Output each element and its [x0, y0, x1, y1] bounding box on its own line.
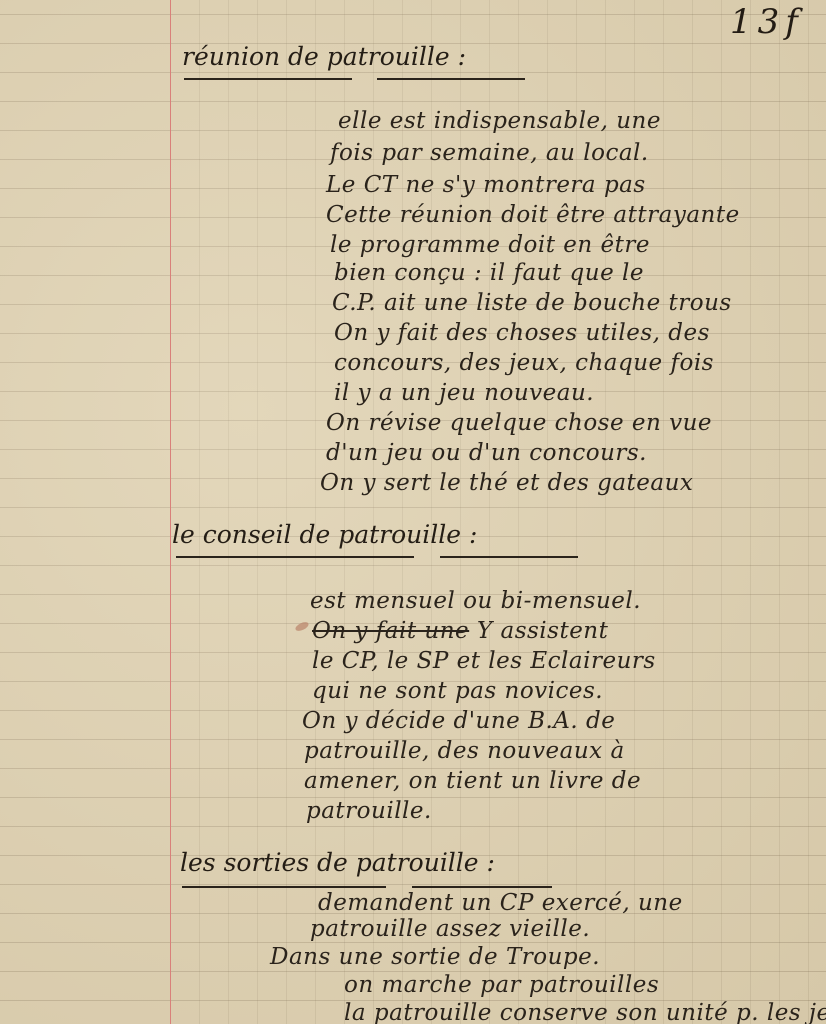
text-line: d'un jeu ou d'un concours.: [326, 440, 647, 466]
text-line: Dans une sortie de Troupe.: [270, 944, 600, 970]
heading-text: réunion de patrouille :: [182, 42, 466, 71]
text-line: est mensuel ou bi-mensuel.: [310, 588, 641, 614]
page-left-margin-area: [0, 0, 170, 1024]
text-line: le CP, le SP et les Eclaireurs: [312, 648, 656, 674]
text-line: patrouille assez vieille.: [310, 916, 590, 942]
text-line: fois par semaine, au local.: [330, 140, 649, 166]
ink-smudge: [294, 620, 310, 632]
text-line: elle est indispensable, une: [338, 108, 661, 134]
text-line: amener, on tient un livre de: [304, 768, 641, 794]
page-number: 13f: [730, 2, 804, 42]
text-line: bien conçu : il faut que le: [334, 260, 644, 286]
section-heading-conseil: le conseil de patrouille :: [172, 520, 477, 549]
section-heading-sorties: les sorties de patrouille :: [180, 848, 495, 877]
text-line: demandent un CP exercé, une: [318, 890, 683, 916]
text-line-with-correction: On y fait une Y assistent: [312, 618, 608, 644]
text-line: patrouille.: [306, 798, 432, 824]
text-line: On y décide d'une B.A. de: [302, 708, 615, 734]
underline: [184, 78, 352, 80]
underline: [412, 886, 552, 888]
text-line: C.P. ait une liste de bouche trous: [332, 290, 732, 316]
text-line: concours, des jeux, chaque fois: [334, 350, 714, 376]
text-line: qui ne sont pas novices.: [312, 678, 603, 704]
struck-text: On y fait une: [312, 618, 469, 644]
text-line: On révise quelque chose en vue: [326, 410, 712, 436]
text-line: la patrouille conserve son unité p. les …: [344, 1000, 826, 1024]
red-margin-line: [170, 0, 171, 1024]
text-line: il y a un jeu nouveau.: [334, 380, 594, 406]
text-line: Le CT ne s'y montrera pas: [326, 172, 646, 198]
text-line: on marche par patrouilles: [344, 972, 659, 998]
text-line: On y fait des choses utiles, des: [334, 320, 710, 346]
text-line: le programme doit en être: [330, 232, 650, 258]
section-heading-reunion: réunion de patrouille :: [182, 42, 466, 71]
heading-text: le conseil de patrouille :: [172, 520, 477, 549]
text-line: patrouille, des nouveaux à: [304, 738, 625, 764]
underline: [176, 556, 414, 558]
text-line: On y sert le thé et des gateaux: [320, 470, 693, 496]
text-line: Cette réunion doit être attrayante: [326, 202, 740, 228]
underline: [182, 886, 386, 888]
underline: [377, 78, 525, 80]
heading-text: les sorties de patrouille :: [180, 848, 495, 877]
corrected-text: Y assistent: [469, 618, 608, 644]
underline: [440, 556, 578, 558]
